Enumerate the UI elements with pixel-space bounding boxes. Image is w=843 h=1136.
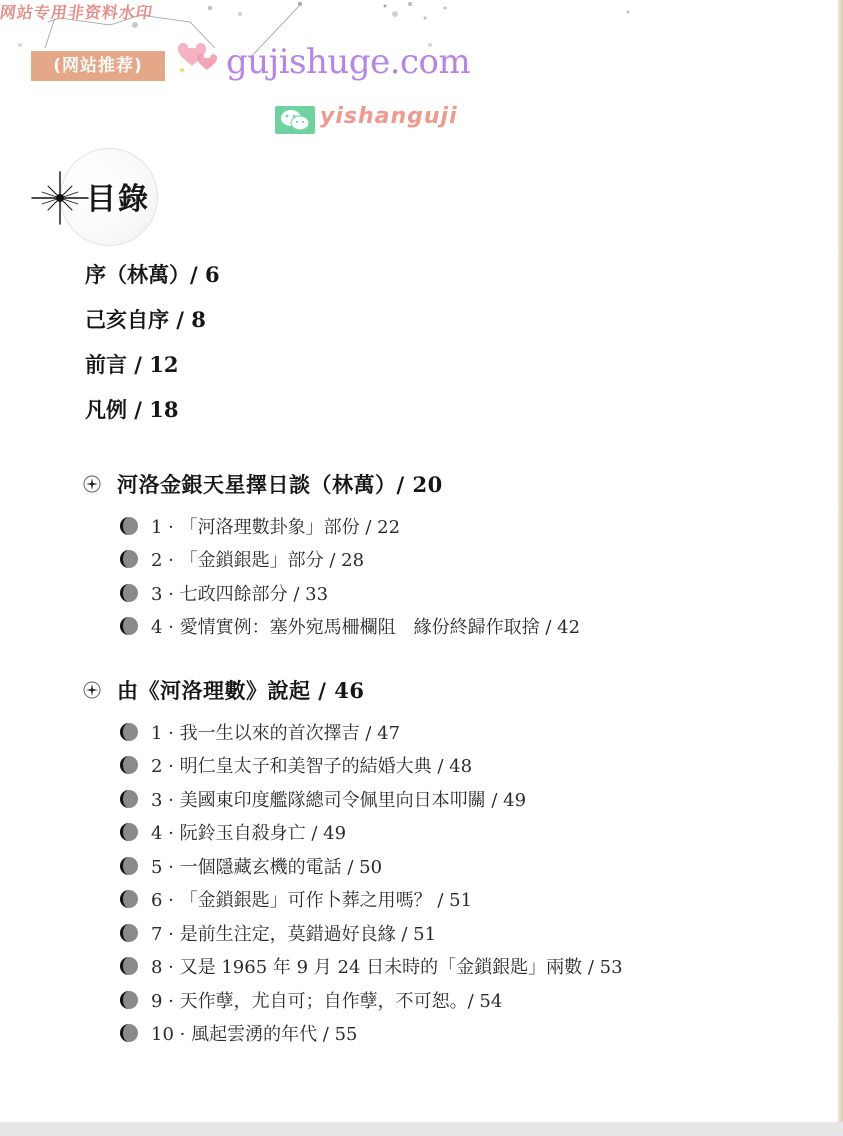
chapter-item[interactable]: 10 · 風起雲湧的年代 / 55: [119, 1017, 623, 1051]
moon-bullet-icon: [119, 822, 139, 842]
compass-star-icon: [83, 681, 101, 699]
chapter-label: 6 · 「金鎖銀匙」可作卜葬之用嗎？ / 51: [151, 886, 472, 912]
moon-bullet-icon: [119, 616, 139, 636]
part-heading[interactable]: 河洛金銀天星擇日談（林萬）/ 20: [83, 467, 580, 501]
moon-bullet-icon: [119, 889, 139, 909]
toc-part-2: 由《河洛理數》說起 / 46 1 · 我一生以來的首次擇吉 / 47 2 · 明…: [83, 673, 623, 1050]
chapter-item[interactable]: 3 · 美國東印度艦隊總司令佩里向日本叩關 / 49: [119, 782, 623, 816]
chapter-label: 10 · 風起雲湧的年代 / 55: [151, 1020, 357, 1046]
page-edge: [838, 0, 843, 1123]
moon-bullet-icon: [119, 516, 139, 536]
chapter-label: 2 · 明仁皇太子和美智子的結婚大典 / 48: [151, 752, 472, 778]
wechat-handle: yishanguji: [320, 104, 458, 129]
site-url: gujishuge.com: [226, 42, 470, 82]
chapter-item[interactable]: 4 · 愛情實例：塞外宛馬柵欄阻 緣份終歸作取捨 / 42: [119, 610, 580, 644]
chapter-label: 4 · 愛情實例：塞外宛馬柵欄阻 緣份終歸作取捨 / 42: [151, 613, 580, 639]
chapter-item[interactable]: 8 · 又是 1965 年 9 月 24 日未時的「金鎖銀匙」兩數 / 53: [119, 950, 623, 984]
part-heading[interactable]: 由《河洛理數》說起 / 46: [83, 673, 623, 707]
chapter-item[interactable]: 7 · 是前生注定，莫錯過好良緣 / 51: [119, 916, 623, 950]
chapter-label: 4 · 阮鈴玉自殺身亡 / 49: [151, 819, 346, 845]
hearts-icon: [176, 40, 224, 78]
chapter-item[interactable]: 9 · 天作孽，尤自可；自作孽，不可恕。/ 54: [119, 983, 623, 1017]
recommend-tag: (网站推荐): [31, 51, 165, 81]
moon-bullet-icon: [119, 755, 139, 775]
chapter-list: 1 · 「河洛理數卦象」部份 / 22 2 · 「金鎖銀匙」部分 / 28 3 …: [119, 509, 580, 643]
moon-bullet-icon: [119, 1023, 139, 1043]
toc-entry-preface[interactable]: 序（林萬）/ 6: [85, 258, 220, 303]
toc-part-1: 河洛金銀天星擇日談（林萬）/ 20 1 · 「河洛理數卦象」部份 / 22 2 …: [83, 467, 580, 643]
compass-star-icon: [83, 475, 101, 493]
chapter-label: 3 · 七政四餘部分 / 33: [151, 580, 328, 606]
part-title: 河洛金銀天星擇日談（林萬）/ 20: [117, 469, 443, 499]
chapter-label: 9 · 天作孽，尤自可；自作孽，不可恕。/ 54: [151, 987, 502, 1013]
wechat-icon: [275, 106, 315, 134]
moon-bullet-icon: [119, 722, 139, 742]
bottom-band: [0, 1122, 843, 1136]
moon-bullet-icon: [119, 856, 139, 876]
moon-bullet-icon: [119, 956, 139, 976]
moon-bullet-icon: [119, 789, 139, 809]
moon-bullet-icon: [119, 923, 139, 943]
moon-bullet-icon: [119, 549, 139, 569]
chapter-item[interactable]: 2 · 「金鎖銀匙」部分 / 28: [119, 543, 580, 577]
chapter-label: 2 · 「金鎖銀匙」部分 / 28: [151, 546, 364, 572]
sparkle-star-icon: [30, 168, 90, 228]
page-title: 目錄: [86, 174, 150, 218]
chapter-item[interactable]: 3 · 七政四餘部分 / 33: [119, 576, 580, 610]
chapter-item[interactable]: 2 · 明仁皇太子和美智子的結婚大典 / 48: [119, 749, 623, 783]
front-matter-list: 序（林萬）/ 6 己亥自序 / 8 前言 / 12 凡例 / 18: [85, 258, 220, 438]
chapter-item[interactable]: 1 · 「河洛理數卦象」部份 / 22: [119, 509, 580, 543]
toc-entry-conventions[interactable]: 凡例 / 18: [85, 393, 220, 438]
chapter-item[interactable]: 4 · 阮鈴玉自殺身亡 / 49: [119, 816, 623, 850]
part-title: 由《河洛理數》說起 / 46: [117, 675, 365, 705]
toc-entry-author-preface[interactable]: 己亥自序 / 8: [85, 303, 220, 348]
moon-bullet-icon: [119, 990, 139, 1010]
chapter-list: 1 · 我一生以來的首次擇吉 / 47 2 · 明仁皇太子和美智子的結婚大典 /…: [119, 715, 623, 1050]
moon-bullet-icon: [119, 583, 139, 603]
chapter-label: 1 · 我一生以來的首次擇吉 / 47: [151, 719, 400, 745]
chapter-item[interactable]: 5 · 一個隱藏玄機的電話 / 50: [119, 849, 623, 883]
chapter-label: 5 · 一個隱藏玄機的電話 / 50: [151, 853, 382, 879]
chapter-label: 1 · 「河洛理數卦象」部份 / 22: [151, 513, 400, 539]
chapter-item[interactable]: 1 · 我一生以來的首次擇吉 / 47: [119, 715, 623, 749]
chapter-label: 3 · 美國東印度艦隊總司令佩里向日本叩關 / 49: [151, 786, 526, 812]
chapter-label: 8 · 又是 1965 年 9 月 24 日未時的「金鎖銀匙」兩數 / 53: [151, 953, 623, 979]
toc-entry-foreword[interactable]: 前言 / 12: [85, 348, 220, 393]
chapter-item[interactable]: 6 · 「金鎖銀匙」可作卜葬之用嗎？ / 51: [119, 883, 623, 917]
chapter-label: 7 · 是前生注定，莫錯過好良緣 / 51: [151, 920, 436, 946]
watermark-text: 网站专用非资料水印: [0, 0, 155, 23]
